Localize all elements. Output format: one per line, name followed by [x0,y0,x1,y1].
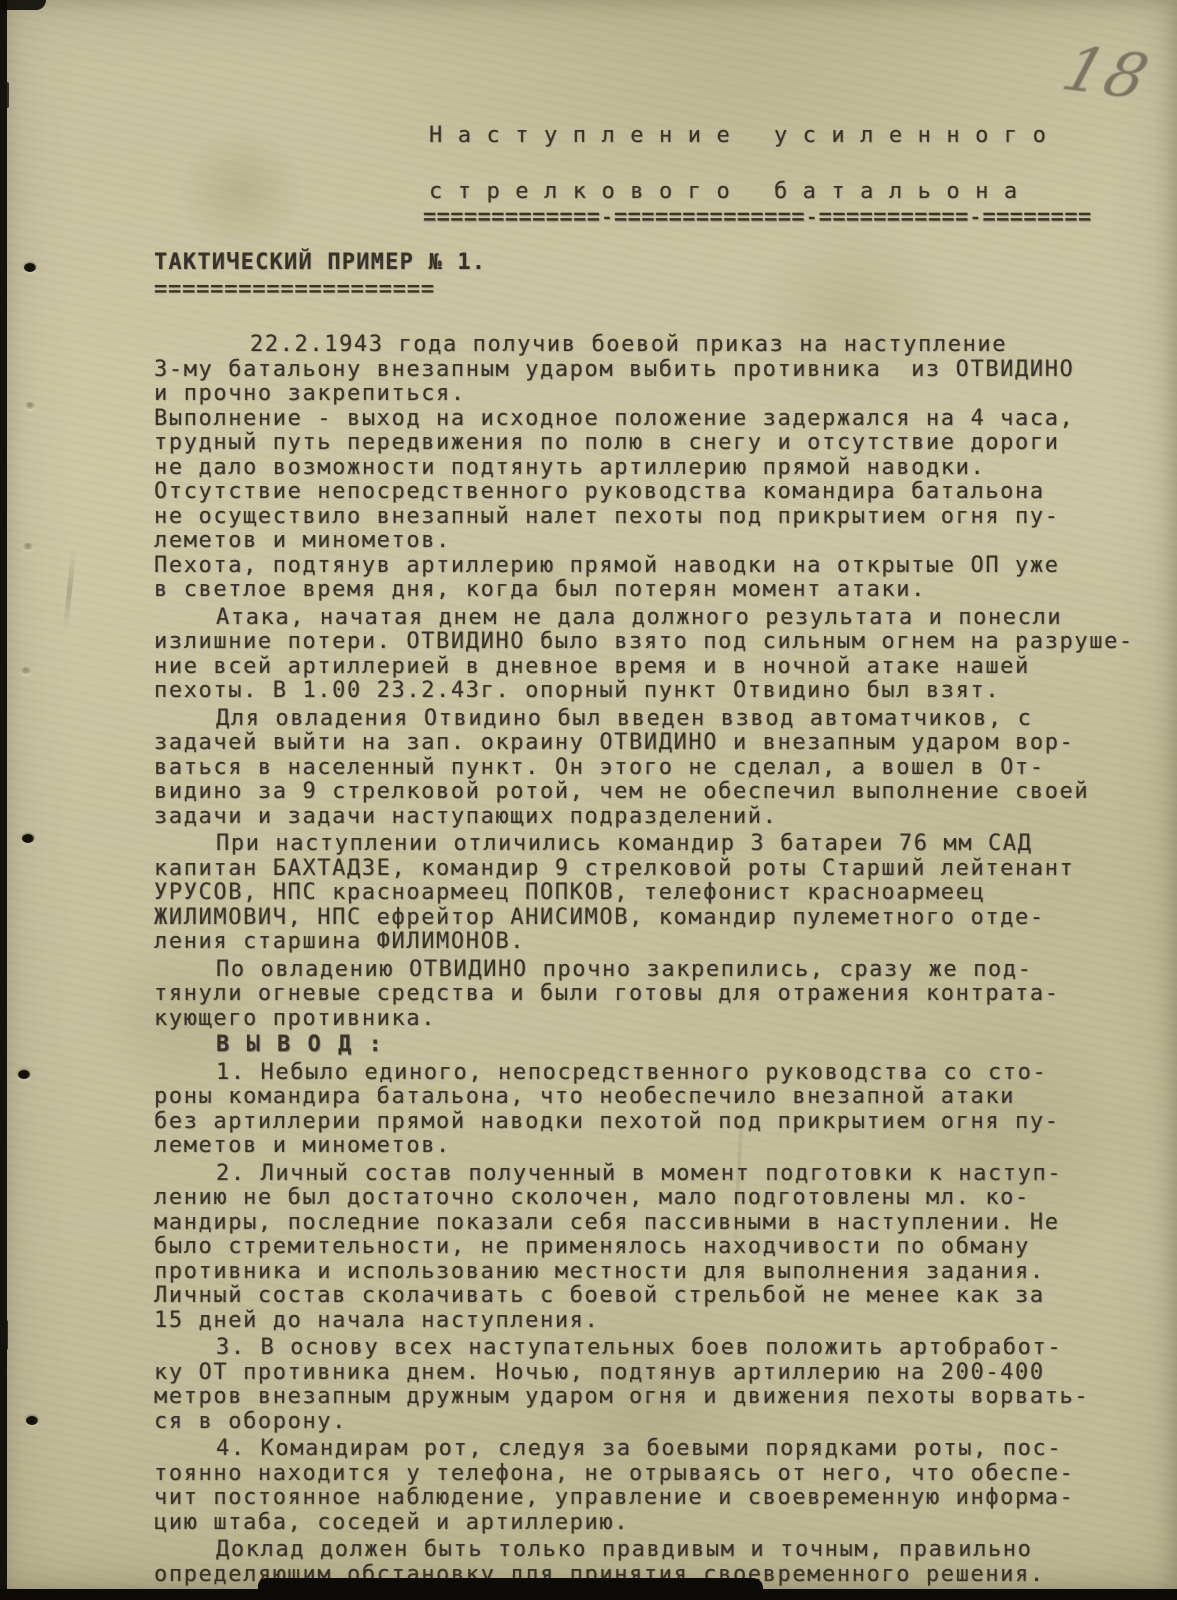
scan-edge-tick [0,1320,8,1350]
text-line: 3. В основу всех наступательных боев пол… [154,1336,1154,1361]
text-line: ления старшина ФИЛИМОНОВ. [154,930,1154,955]
text-line: лению не был достаточно сколочен, мало п… [154,1186,1154,1211]
typed-rule-under-title: =============-==============-===========… [423,202,1092,233]
text-line: По овладению ОТВИДИНО прочно закрепились… [154,958,1154,983]
text-line: леметов и минометов. [154,529,1154,554]
punch-dent [21,667,31,674]
section-heading-text: ТАКТИЧЕСКИЙ ПРИМЕР № 1. [154,250,486,276]
pencil-smudge [63,548,77,633]
text-line: Доклад должен быть только правдивым и то… [154,1538,1154,1563]
text-line: 2. Личный состав полученный в момент под… [154,1162,1154,1187]
text-line: леметов и минометов. [154,1134,1154,1159]
punch-hole [26,1416,38,1425]
text-line: без артиллерии прямой наводки пехотой по… [154,1110,1154,1135]
section-heading: ТАКТИЧЕСКИЙ ПРИМЕР № 1. ================… [154,250,486,299]
text-line: Личный состав сколачивать с боевой стрел… [154,1284,1154,1309]
text-line: в светлое время дня, когда был потерян м… [154,578,1154,603]
punch-hole [18,1070,30,1079]
text-line: 1. Небыло единого, непосредственного рук… [154,1061,1154,1086]
text-line: Пехота, подтянув артиллерию прямой навод… [154,554,1154,579]
text-line: Для овладения Отвидино был введен взвод … [154,707,1154,732]
text-line: видино за 9 стрелковой ротой, чем не обе… [154,780,1154,805]
punch-hole [24,263,36,272]
text-line: тоянно находится у телефона, не отрываяс… [154,1462,1154,1487]
text-line: УРУСОВ, НПС красноармеец ПОПКОВ, телефон… [154,881,1154,906]
text-line: При наступлении отличились командир 3 ба… [154,832,1154,857]
text-line: пехоты. В 1.00 23.2.43г. опорный пункт О… [154,679,1154,704]
text-line: задачей выйти на зап. окраину ОТВИДИНО и… [154,731,1154,756]
punch-dent [25,402,35,409]
text-line: 3-му батальону внезапным ударом выбить п… [154,358,1154,383]
title-line-1: Наступление усиленного [429,108,1061,164]
text-line: ЖИЛИМОВИЧ, НПС ефрейтор АНИСИМОВ, команд… [154,906,1154,931]
typed-rule-under-heading: ==================== [154,274,486,304]
scan-edge-tick [0,82,9,108]
text-line: излишние потери. ОТВИДИНО было взято под… [154,630,1154,655]
text-line: 22.2.1943 года получив боевой приказ на … [154,333,1154,358]
text-line: Отсутствие непосредственного руководства… [154,480,1154,505]
text-line: чит постоянное наблюдение, управление и … [154,1486,1154,1511]
text-line: метров внезапным дружным ударом огня и д… [154,1385,1154,1410]
handwritten-page-number: 18 [1054,32,1158,113]
text-line: кующего противника. [154,1007,1154,1032]
punch-hole [22,834,34,843]
scan-edge-corner [0,0,46,10]
text-line: и прочно закрепиться. [154,382,1154,407]
text-line: ние всей артиллерией в дневное время и в… [154,655,1154,680]
text-line: 15 дней до начала наступления. [154,1309,1154,1334]
text-line: капитан БАХТАДЗЕ, командир 9 стрелковой … [154,857,1154,882]
scan-edge-tick [0,170,7,188]
text-line: роны командира батальона, что необеспечи… [154,1085,1154,1110]
text-line: тянули огневые средства и были готовы дл… [154,982,1154,1007]
text-line: мандиры, последние показали себя пассивн… [154,1211,1154,1236]
text-line: ваться в населенный пункт. Он этого не с… [154,756,1154,781]
text-line: 4. Командирам рот, следуя за боевыми пор… [154,1437,1154,1462]
text-line: цию штаба, соседей и артиллерию. [154,1511,1154,1536]
text-line: не осуществило внезапный налет пехоты по… [154,505,1154,530]
text-line: противника и использованию местности для… [154,1260,1154,1285]
text-line: трудный путь передвижения по полю в снег… [154,431,1154,456]
text-line: Выполнение - выход на исходное положение… [154,407,1154,432]
text-line: было стремительности, не применялось нах… [154,1235,1154,1260]
text-line: ся в оборону. [154,1410,1154,1435]
document-body: 22.2.1943 года получив боевой приказ на … [154,330,1154,1587]
conclusion-heading: В Ы В О Д : [154,1033,1154,1058]
text-line: задачи и задачи наступающих подразделени… [154,805,1154,830]
text-line: Атака, начатая днем не дала должного рез… [154,606,1154,631]
scan-edge-bottom [0,1589,1177,1600]
paper-sheet: 18 Наступление усиленного стрелкового ба… [7,0,1177,1589]
scanned-document-page: 18 Наступление усиленного стрелкового ба… [0,0,1177,1600]
text-line: ку ОТ противника днем. Ночью, подтянув а… [154,1361,1154,1386]
punch-dent [23,543,33,550]
text-line: не дало возможности подтянуть артиллерию… [154,456,1154,481]
